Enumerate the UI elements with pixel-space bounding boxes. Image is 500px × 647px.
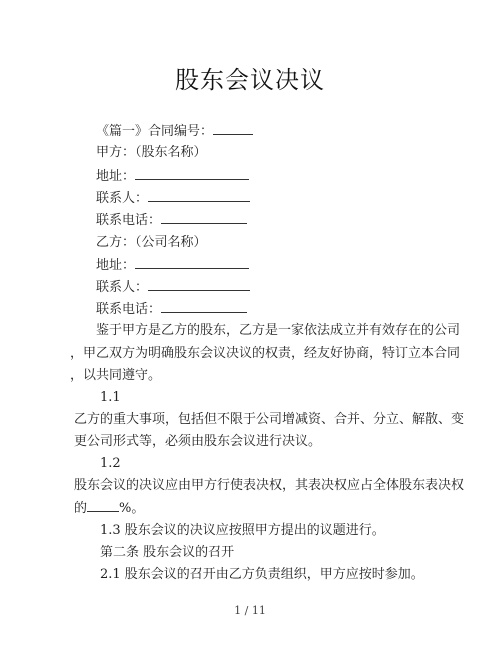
clause-1-1-line-1: 乙方的重大事项，包括但不限于公司增减资、合并、分立、解散、变 [74,411,464,429]
clause-1-2-line-1: 股东会议的决议应由甲方行使表决权，其表决权应占全体股东表决权 [74,477,464,495]
document-page: 股东会议决议 《篇一》合同编号： 甲方：（股东名称） 地址： 联系人： 联系电话… [0,0,500,647]
article-2-heading: 第二条 股东会议的召开 [100,544,234,562]
document-title: 股东会议决议 [0,64,500,96]
party-a-contact-line: 联系人： [96,189,250,208]
party-b-contact-line: 联系人： [96,278,250,297]
clause-2-1: 2.1 股东会议的召开由乙方负责组织，甲方应按时参加。 [100,566,424,584]
party-a-contact-label: 联系人： [96,191,148,206]
page-indicator: 1 / 11 [0,604,500,617]
preamble-line-3: ，以共同遵守。 [70,367,161,385]
clause-1-1-line-2: 更公司形式等，必须由股东会议进行决议。 [74,433,321,451]
party-b-address-blank[interactable] [135,256,249,269]
preamble-line-2: ，甲乙双方为明确股东会议决议的权责，经友好协商，特订立本合同 [70,345,460,363]
clause-1-1-number: 1.1 [100,389,121,407]
contract-number-line: 《篇一》合同编号： [96,122,253,141]
party-a-phone-blank[interactable] [161,211,247,224]
party-b-heading: 乙方：（公司名称） [96,234,207,252]
party-b-contact-blank[interactable] [148,278,250,291]
party-a-address-blank[interactable] [135,167,249,180]
clause-1-2-suffix: %。 [119,501,144,516]
party-b-address-label: 地址： [96,258,135,273]
party-a-phone-line: 联系电话： [96,211,247,230]
contract-number-blank[interactable] [213,122,253,135]
preamble-line-1: 鉴于甲方是乙方的股东，乙方是一家依法成立并有效存在的公司 [96,322,460,340]
party-b-phone-label: 联系电话： [96,302,161,317]
party-a-address-label: 地址： [96,169,135,184]
party-b-phone-blank[interactable] [161,300,247,313]
party-a-phone-label: 联系电话： [96,213,161,228]
party-b-phone-line: 联系电话： [96,300,247,319]
clause-1-2-prefix: 的 [74,501,87,516]
party-a-heading: 甲方：（股东名称） [96,144,207,162]
party-b-address-line: 地址： [96,256,249,275]
clause-1-3: 1.3 股东会议的决议应按照甲方提出的议题进行。 [100,522,385,540]
party-b-contact-label: 联系人： [96,280,148,295]
party-a-contact-blank[interactable] [148,189,250,202]
vote-percentage-blank[interactable] [87,499,119,512]
clause-1-2-number: 1.2 [100,455,121,473]
contract-number-label: 《篇一》合同编号： [96,124,213,139]
party-a-address-line: 地址： [96,167,249,186]
clause-1-2-line-2: 的%。 [74,499,144,518]
